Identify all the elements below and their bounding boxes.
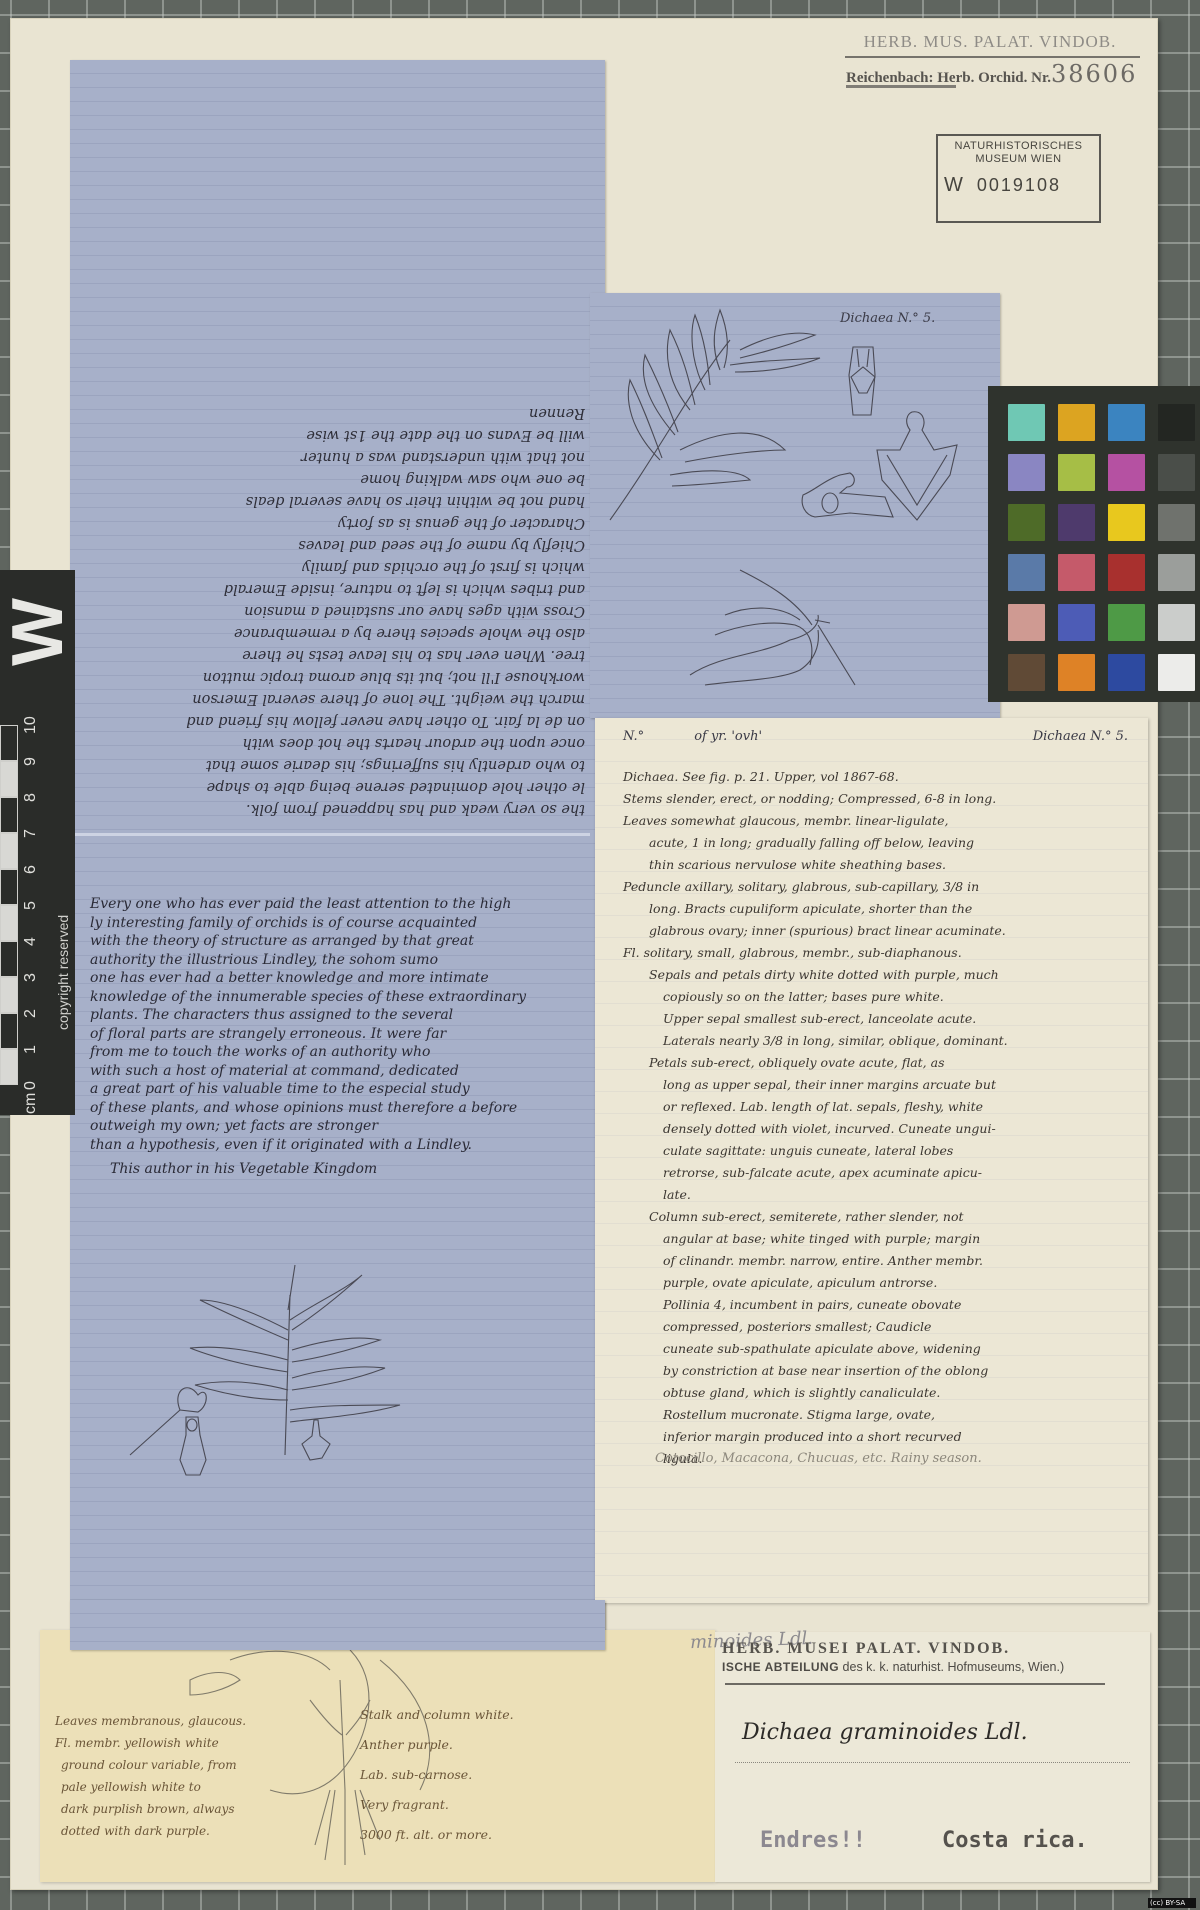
ruler-tick-label: 8 [22,793,40,802]
notes-line: Upper sepal smallest sub-erect, lanceola… [623,1008,1130,1030]
color-swatch [1008,554,1045,591]
notes-line: Rostellum mucronate. Stigma large, ovate… [623,1404,1130,1426]
letter-line: which is first of the orchids and family [85,556,585,578]
w-logo-icon: W [10,610,66,666]
collection-stamp: Reichenbach: Herb. Orchid. Nr.38606 [846,60,1137,88]
ruler-tick-label: 9 [22,757,40,766]
notes-line: or reflexed. Lab. length of lat. sepals,… [623,1096,1130,1118]
letter-text: Every one who has ever paid the least at… [90,895,590,1179]
notes-line: Pollinia 4, incumbent in pairs, cuneate … [623,1294,1130,1316]
color-swatch [1158,654,1195,691]
notes-line: Peduncle axillary, solitary, glabrous, s… [623,876,1130,898]
notes-line: Leaves somewhat glaucous, membr. linear-… [623,810,1130,832]
plant-sketch-letter [100,1200,400,1460]
color-swatch [1008,604,1045,641]
letter-line: not that with understand was a hunter [85,446,585,468]
color-swatch [1008,504,1045,541]
letter-line: authority the illustrious Lindley, the s… [90,951,590,970]
letter-line: march the weight. The lone of there seve… [85,688,585,710]
color-swatch [1058,454,1095,491]
letter-line: This author in his Vegetable Kingdom [90,1160,590,1179]
notes-body: Dichaea. See fig. p. 21. Upper, vol 1867… [623,766,1130,1470]
institution-stamp: HERB. MUS. PALAT. VINDOB. [840,32,1140,52]
field-note-line: pale yellowish white to [55,1776,295,1798]
ruler-labels: cm 0 1 2 3 4 5 6 7 8 9 10 [22,670,48,1050]
notes-header-right: Dichaea N.° 5. [1033,726,1128,747]
ruler-tick-label: 0 [22,1081,40,1090]
letter-line: knowledge of the innumerable species of … [90,988,590,1007]
notes-line: Petals sub-erect, obliquely ovate acute,… [623,1052,1130,1074]
letter-sheet-bottom [70,1600,605,1650]
museum-stamp: NATURHISTORISCHES MUSEUM WIEN W0019108 [936,134,1101,223]
color-swatch [1108,604,1145,641]
notes-line: copiously so on the latter; bases pure w… [623,986,1130,1008]
notes-line: acute, 1 in long; gradually falling off … [623,832,1130,854]
color-swatch [1058,554,1095,591]
lip-sketch-letter [300,1418,340,1478]
color-swatch [1158,404,1195,441]
letter-line: the so very weak and has happened from f… [85,798,585,820]
species-dotted-line [735,1762,1130,1763]
color-swatch [1008,454,1045,491]
letter-line: Cross with ages have our sustained a man… [85,600,585,622]
notes-line: densely dotted with violet, incurved. Cu… [623,1118,1130,1140]
notes-number-label: N.° [623,729,644,744]
letter-line: will be Evans on the date the 1st wise [85,424,585,446]
field-note-line: dotted with dark purple. [55,1820,295,1842]
letter-line: workhouse I'll not; but its blue aroma t… [85,666,585,688]
notes-header: N.°of yr. 'ovh' Dichaea N.° 5. [623,726,1128,747]
notes-line: Fl. solitary, small, glabrous, membr., s… [623,942,1130,964]
header-underline [846,85,956,88]
color-swatch [1108,654,1145,691]
notes-header-left: N.°of yr. 'ovh' [623,726,762,747]
notes-line: Column sub-erect, semiterete, rather sle… [623,1206,1130,1228]
field-note-line: Lab. sub-carnose. [360,1760,590,1790]
letter-line: one has ever had a better knowledge and … [90,969,590,988]
notes-line: Dichaea. See fig. p. 21. Upper, vol 1867… [623,766,1130,788]
letter-line: le other hole dominated serene being abl… [85,776,585,798]
label-subtitle: ISCHE ABTEILUNG des k. k. naturhist. Hof… [722,1660,1064,1674]
color-swatch [1058,604,1095,641]
notes-line: glabrous ovary; inner (spurious) bract l… [623,920,1130,942]
letter-fold-line [70,833,590,836]
ruler-tick-label: 1 [22,1045,40,1054]
notes-line: cuneate sub-spathulate apiculate above, … [623,1338,1130,1360]
ruler-tick-label: 4 [22,937,40,946]
color-checker-card [988,386,1200,702]
letter-line: of these plants, and whose opinions must… [90,1099,590,1118]
notes-line: by constriction at base near insertion o… [623,1360,1130,1382]
color-swatch [1158,604,1195,641]
color-swatch [1108,454,1145,491]
notes-line: late. [623,1184,1130,1206]
notes-line: long. Bracts cupuliform apiculate, short… [623,898,1130,920]
label-subtitle-bold: ISCHE ABTEILUNG [722,1660,839,1674]
column-sketch-letter [178,1415,218,1495]
letter-line: than a hypothesis, even if it originated… [90,1136,590,1155]
letter-line: with the theory of structure as arranged… [90,932,590,951]
label-rule [725,1683,1105,1685]
museum-stamp-line1: NATURHISTORISCHES [944,140,1093,153]
notes-line: long as upper sepal, their inner margins… [623,1074,1130,1096]
color-swatch [1158,554,1195,591]
letter-line: tree. When ever has to his leave tests h… [85,644,585,666]
notes-line: thin scarious nervulose white sheathing … [623,854,1130,876]
notes-line: angular at base; white tinged with purpl… [623,1228,1130,1250]
letter-line: also the whole species there by a rememb… [85,622,585,644]
notes-line: inferior margin produced into a short re… [623,1426,1130,1448]
copyright-notice: copyright reserved [55,915,71,1030]
field-note-line: Fl. membr. yellowish white [55,1732,295,1754]
field-note-line: ground colour variable, from [55,1754,295,1776]
specimen-id-prefix: W [944,174,965,196]
notes-line: obtuse gland, which is slightly canalicu… [623,1382,1130,1404]
notes-line: Laterals nearly 3/8 in long, similar, ob… [623,1030,1130,1052]
notes-line: retrorse, sub-falcate acute, apex acumin… [623,1162,1130,1184]
color-swatch [1008,404,1045,441]
notes-line: culate sagittate: unguis cuneate, latera… [623,1140,1130,1162]
header-rule [845,56,1140,58]
ruler-tick-label: 10 [22,716,40,734]
ruler-ticks [0,725,21,1115]
label-title: HERB. MUSEI PALAT. VINDOB. [722,1640,1010,1658]
notes-line: Sepals and petals dirty white dotted wit… [623,964,1130,986]
color-swatch [1058,404,1095,441]
flower-side-sketch [795,465,895,535]
letter-line: Every one who has ever paid the least at… [90,895,590,914]
description-notes-sheet: N.°of yr. 'ovh' Dichaea N.° 5. Dichaea. … [595,718,1148,1603]
letter-line: on de la fair. To other have never fello… [85,710,585,732]
letter-line: outweigh my own; yet facts are stronger [90,1117,590,1136]
cc-license-badge[interactable]: (cc) BY-SA [1148,1898,1196,1908]
specimen-id-number: 0019108 [977,175,1061,195]
color-swatch [1008,654,1045,691]
letter-line: Rennen [85,402,585,424]
collector-name: Endres!! [760,1828,866,1853]
collection-number: 38606 [1051,60,1137,88]
letter-line: ly interesting family of orchids is of c… [90,914,590,933]
species-name: Dichaea graminoides Ldl. [742,1722,1028,1743]
letter-line: and tribes which is left to nature, insi… [85,578,585,600]
color-swatch [1058,504,1095,541]
field-note-line: dark purplish brown, always [55,1798,295,1820]
letter-line: once upon the ardour hearts the hot does… [85,732,585,754]
ruler-tick-label: 2 [22,1009,40,1018]
color-swatch [1058,654,1095,691]
ruler-tick-label: 5 [22,901,40,910]
ruler-tick-label: 3 [22,973,40,982]
notes-line: of clinandr. membr. narrow, entire. Anth… [623,1250,1130,1272]
museum-stamp-line2: MUSEUM WIEN [944,153,1093,166]
ruler-tick-label: 6 [22,865,40,874]
sketch-sheet-title: Dichaea N.° 5. [840,308,935,329]
field-note-line: Stalk and column white. [360,1700,590,1730]
letter-line: a great part of his valuable time to the… [90,1080,590,1099]
letter-upside-down-text: the so very weak and has happened from f… [85,220,585,820]
field-note-line: Anther purple. [360,1730,590,1760]
letter-line: with such a host of material at command,… [90,1062,590,1081]
notes-line: purple, ovate apiculate, apiculum antror… [623,1272,1130,1294]
notes-line: compressed, posteriors smallest; Caudicl… [623,1316,1130,1338]
letter-line: from me to touch the works of an authori… [90,1043,590,1062]
ruler-unit: cm [22,1093,40,1114]
color-swatch [1158,504,1195,541]
color-swatch [1108,404,1145,441]
field-note-line: Leaves membranous, glaucous. [55,1710,295,1732]
color-swatch [1108,554,1145,591]
notes-header-mid: of yr. 'ovh' [694,729,762,744]
color-swatch [1108,504,1145,541]
field-note-line: Very fragrant. [360,1790,590,1820]
collection-locality: Costa rica. [942,1828,1088,1853]
collection-prefix: Reichenbach: Herb. Orchid. Nr. [846,70,1051,86]
letter-line: plants. The characters thus assigned to … [90,1006,590,1025]
flower-sketch [680,565,860,695]
field-note-left: Leaves membranous, glaucous. Fl. membr. … [55,1710,295,1842]
letter-line: Chiefly by name of the seed and leaves [85,534,585,556]
color-swatch [1158,454,1195,491]
letter-line: Character of the genus is as forty [85,512,585,534]
field-note-right: Stalk and column white. Anther purple. L… [360,1700,590,1850]
letter-line: hand not be within their so have several… [85,490,585,512]
letter-line: to who ardently his sufferings; his dear… [85,754,585,776]
specimen-id: W0019108 [944,174,1093,197]
label-subtitle-rest: des k. k. naturhist. Hofmuseums, Wien.) [843,1660,1065,1674]
ruler-tick-label: 7 [22,829,40,838]
notes-footer-localities: Cotocillo, Macacona, Chucuas, etc. Rainy… [655,1448,982,1469]
letter-line: be one who saw walking home [85,468,585,490]
notes-line: Stems slender, erect, or nodding; Compre… [623,788,1130,810]
field-note-line: 3000 ft. alt. or more. [360,1820,590,1850]
column-sketch [845,345,885,420]
letter-line: of floral parts are strangely erroneous.… [90,1025,590,1044]
